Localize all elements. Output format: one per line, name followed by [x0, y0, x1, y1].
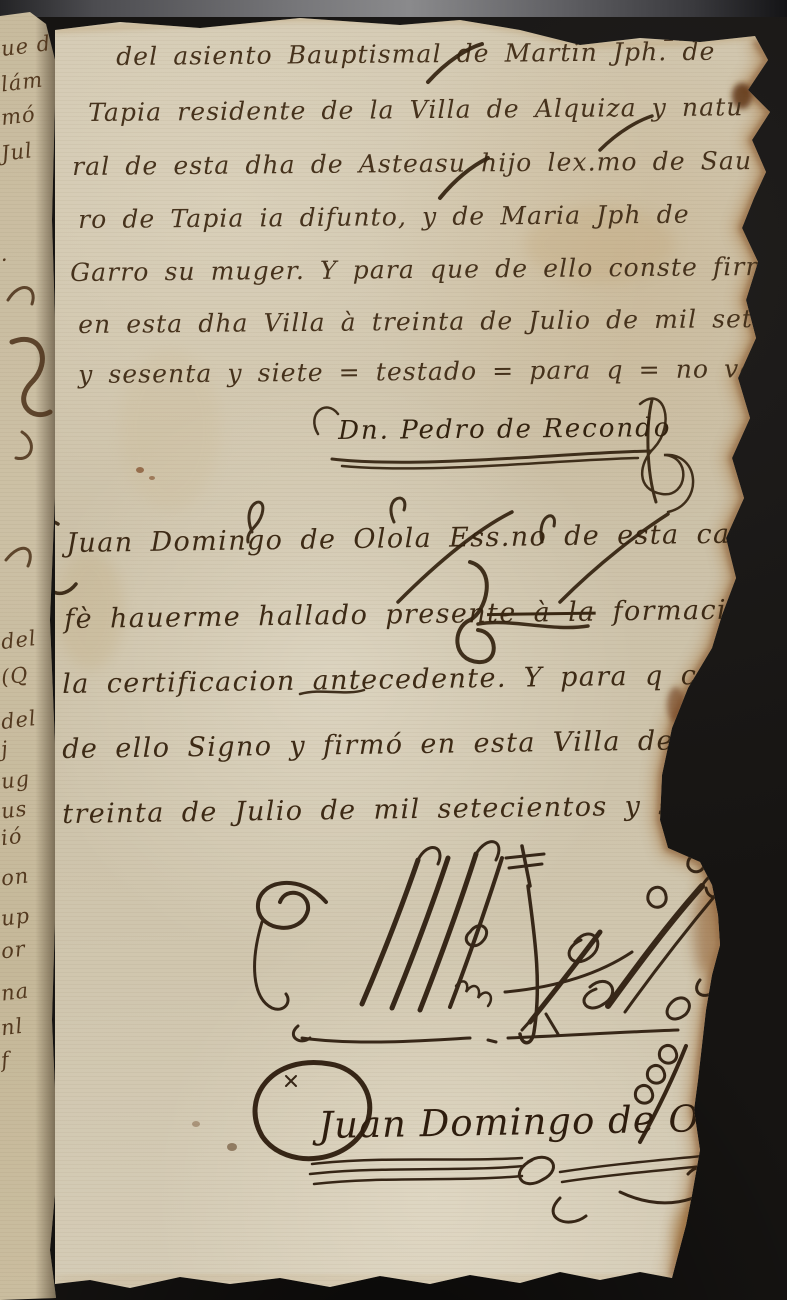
margin-fragment: del [0, 626, 38, 654]
margin-fragment: del [0, 706, 38, 734]
margin-fragment: lám [0, 68, 44, 97]
margin-fragment: or [0, 937, 27, 964]
margin-fragment: mó [0, 102, 37, 130]
attestation-struck-text: te à la [487, 597, 596, 630]
book-top-edge [0, 0, 787, 17]
margin-fragment: on [0, 863, 31, 890]
margin-fragment: us [0, 796, 29, 823]
margin-fragment: (Q [0, 662, 30, 689]
margin-fragment: nl [0, 1014, 25, 1041]
attestation-line-2a: fè hauerme hallado presen [64, 598, 487, 635]
signature-juan-domingo-de-olola: Juan Domingo de Olola [318, 1096, 772, 1147]
certificate-line-7: y sesenta y siete = testado = para q = n… [78, 353, 787, 389]
manuscript-paper: 24 del asiento Bauptismal de Martin Jph.… [0, 0, 787, 1300]
facing-page-sliver: ue d lám mó Jul · del (Q del j ug us ió … [0, 0, 64, 1300]
certificate-line-3: ral de esta dha de Asteasu hijo lex.mo d… [72, 146, 752, 181]
certificate-line-2: Tapia residente de la Villa de Alquiza y… [88, 92, 744, 127]
certificate-line-1: del asiento Bauptismal de Martin Jph. de [116, 37, 716, 71]
margin-fragment: ug [0, 766, 31, 793]
certificate-line-4: ro de Tapia ia difunto, y de Maria Jph d… [78, 200, 690, 234]
signature-pedro-de-recondo: Dn. Pedro de Recondo [338, 413, 672, 446]
margin-fragment: ió [0, 824, 24, 850]
margin-fragment: up [0, 903, 31, 930]
margin-fragment: na [0, 978, 30, 1005]
attestation-line-2c: formacion [595, 594, 763, 627]
certificate-line-6: en esta dha Villa à treinta de Julio de … [78, 304, 787, 339]
margin-fragment: Jul [0, 138, 34, 166]
